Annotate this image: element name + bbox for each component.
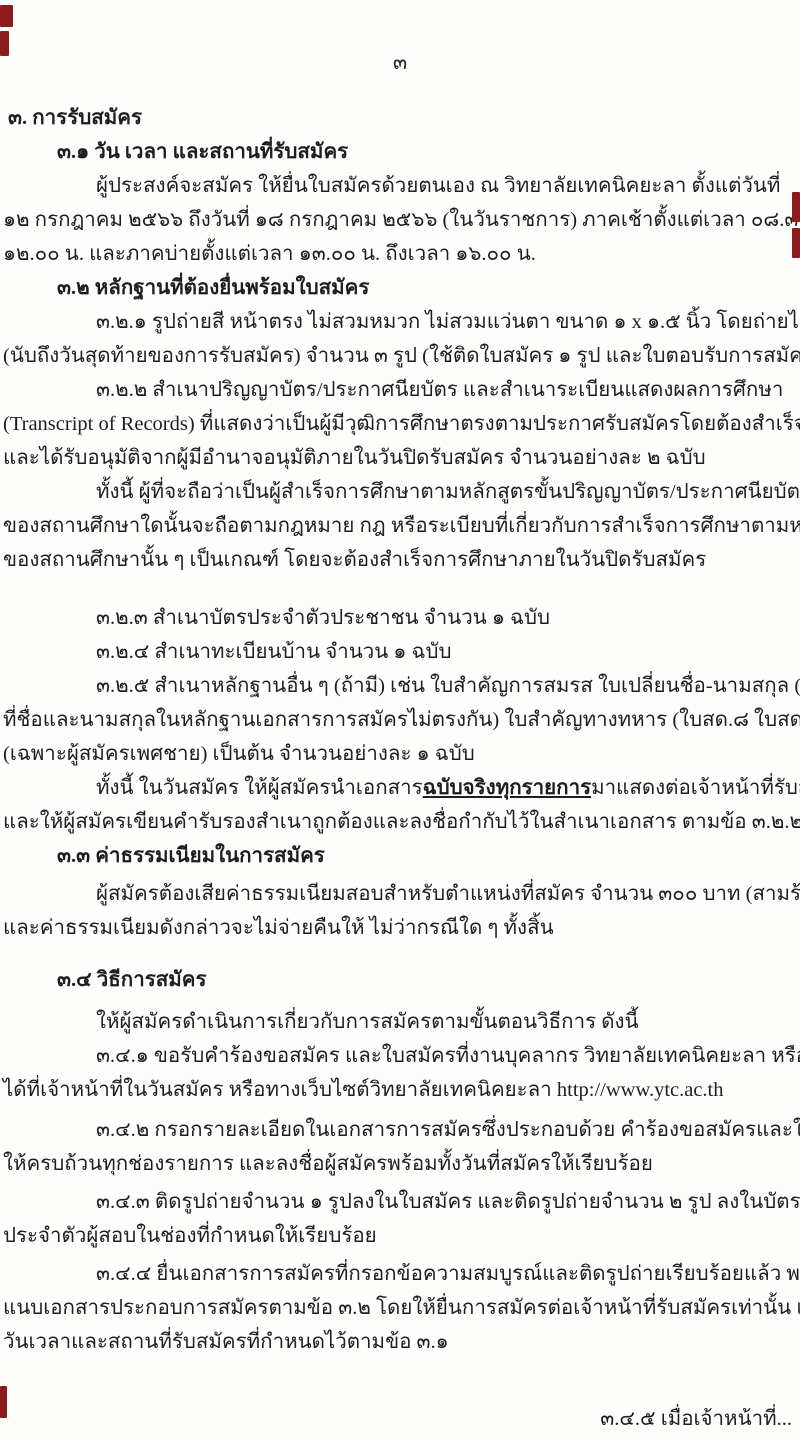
- text-segment: ๑๒ กรกฎาคม ๒๕๖๖ ถึงวันที่ ๑๘ กรกฎาคม ๒๕๖…: [3, 209, 800, 231]
- underlined-text: ฉบับจริงทุกรายการ: [423, 777, 591, 799]
- text-segment: ๓.๔.๑ ขอรับคำร้องขอสมัคร และใบสมัครที่งา…: [96, 1045, 800, 1067]
- text-line: แนบเอกสารประกอบการสมัครตามข้อ ๓.๒ โดยให้…: [0, 1291, 800, 1325]
- text-segment: ประจำตัวผู้สอบในช่องที่กำหนดให้เรียบร้อย: [3, 1225, 377, 1247]
- text-segment: ๓.๔ วิธีการสมัคร: [57, 969, 207, 991]
- text-line: ผู้ประสงค์จะสมัคร ให้ยื่นใบสมัครด้วยตนเอ…: [0, 169, 800, 203]
- text-line: และได้รับอนุมัติจากผู้มีอำนาจอนุมัติภายใ…: [0, 441, 800, 475]
- text-segment: ๓.๒ หลักฐานที่ต้องยื่นพร้อมใบสมัคร: [57, 277, 369, 299]
- text-segment: ๓. การรับสมัคร: [8, 107, 142, 129]
- text-line: ๓.๔.๑ ขอรับคำร้องขอสมัคร และใบสมัครที่งา…: [0, 1039, 800, 1073]
- text-segment: ๑๒.๐๐ น. และภาคบ่ายตั้งแต่เวลา ๑๓.๐๐ น. …: [3, 243, 536, 265]
- text-line: ๓.๒ หลักฐานที่ต้องยื่นพร้อมใบสมัคร: [0, 271, 800, 305]
- text-line: และให้ผู้สมัครเขียนคำรับรองสำเนาถูกต้องแ…: [0, 805, 800, 839]
- text-line: ๓.๒.๒ สำเนาปริญญาบัตร/ประกาศนียบัตร และส…: [0, 373, 800, 407]
- text-segment: ให้ผู้สมัครดำเนินการเกี่ยวกับการสมัครตาม…: [96, 1011, 639, 1033]
- text-line: (Transcript of Records) ที่แสดงว่าเป็นผู…: [0, 407, 800, 441]
- text-line: ๑๒.๐๐ น. และภาคบ่ายตั้งแต่เวลา ๑๓.๐๐ น. …: [0, 237, 800, 271]
- document-page: ๓ ๓. การรับสมัคร๓.๑ วัน เวลา และสถานที่ร…: [0, 0, 800, 1444]
- text-segment: ๓.๒.๔ สำเนาทะเบียนบ้าน จำนวน ๑ ฉบับ: [96, 641, 452, 663]
- text-line: ให้ผู้สมัครดำเนินการเกี่ยวกับการสมัครตาม…: [0, 1005, 800, 1039]
- text-line: ๓. การรับสมัคร: [0, 101, 800, 135]
- text-segment: ของสถานศึกษาใดนั้นจะถือตามกฎหมาย กฎ หรือ…: [3, 515, 800, 537]
- text-segment: ให้ครบถ้วนทุกช่องรายการ และลงชื่อผู้สมัค…: [3, 1153, 653, 1175]
- text-line: ๓.๔.๔ ยื่นเอกสารการสมัครที่กรอกข้อความสม…: [0, 1257, 800, 1291]
- text-line: ของสถานศึกษานั้น ๆ เป็นเกณฑ์ โดยจะต้องสำ…: [0, 543, 800, 577]
- text-line: ๓.๔ วิธีการสมัคร: [0, 963, 800, 997]
- text-segment: ทั้งนี้ ในวันสมัคร ให้ผู้สมัครนำเอกสาร: [96, 777, 423, 799]
- text-segment: วันเวลาและสถานที่รับสมัครที่กำหนดไว้ตามข…: [3, 1331, 449, 1353]
- text-line: ๓.๔.๒ กรอกรายละเอียดในเอกสารการสมัครซึ่ง…: [0, 1113, 800, 1147]
- text-line: วันเวลาและสถานที่รับสมัครที่กำหนดไว้ตามข…: [0, 1325, 800, 1359]
- text-segment: มาแสดงต่อเจ้าหน้าที่รับสมัครด้วย: [591, 777, 800, 799]
- text-segment: ของสถานศึกษานั้น ๆ เป็นเกณฑ์ โดยจะต้องสำ…: [3, 549, 706, 571]
- page-number: ๓: [0, 46, 800, 79]
- text-segment: ๓.๒.๓ สำเนาบัตรประจำตัวประชาชน จำนวน ๑ ฉ…: [96, 607, 550, 629]
- text-line: ๑๒ กรกฎาคม ๒๕๖๖ ถึงวันที่ ๑๘ กรกฎาคม ๒๕๖…: [0, 203, 800, 237]
- text-line: ให้ครบถ้วนทุกช่องรายการ และลงชื่อผู้สมัค…: [0, 1147, 800, 1181]
- text-segment: ๓.๔.๒ กรอกรายละเอียดในเอกสารการสมัครซึ่ง…: [96, 1119, 800, 1141]
- red-edge-mark: [0, 5, 13, 27]
- text-line: ๓.๔.๓ ติดรูปถ่ายจำนวน ๑ รูปลงในใบสมัคร แ…: [0, 1185, 800, 1219]
- text-line: ๓.๓ ค่าธรรมเนียมในการสมัคร: [0, 839, 800, 873]
- red-edge-mark: [792, 228, 800, 258]
- text-segment: ๓.๒.๕ สำเนาหลักฐานอื่น ๆ (ถ้ามี) เช่น ใบ…: [96, 675, 800, 697]
- text-segment: (เฉพาะผู้สมัครเพศชาย) เป็นต้น จำนวนอย่าง…: [3, 743, 475, 765]
- text-segment: แนบเอกสารประกอบการสมัครตามข้อ ๓.๒ โดยให้…: [3, 1297, 800, 1319]
- text-line: ที่ชื่อและนามสกุลในหลักฐานเอกสารการสมัคร…: [0, 703, 800, 737]
- text-line: และค่าธรรมเนียมดังกล่าวจะไม่จ่ายคืนให้ ไ…: [0, 911, 800, 945]
- text-segment: (นับถึงวันสุดท้ายของการรับสมัคร) จำนวน ๓…: [3, 345, 800, 367]
- text-line: ประจำตัวผู้สอบในช่องที่กำหนดให้เรียบร้อย: [0, 1219, 800, 1253]
- text-line: ๓.๒.๕ สำเนาหลักฐานอื่น ๆ (ถ้ามี) เช่น ใบ…: [0, 669, 800, 703]
- text-segment: ผู้สมัครต้องเสียค่าธรรมเนียมสอบสำหรับตำแ…: [96, 883, 800, 905]
- red-edge-mark: [0, 1386, 7, 1418]
- text-line: ได้ที่เจ้าหน้าที่ในวันสมัคร หรือทางเว็บไ…: [0, 1073, 800, 1107]
- text-line: ๓.๒.๓ สำเนาบัตรประจำตัวประชาชน จำนวน ๑ ฉ…: [0, 601, 800, 635]
- text-segment: ทั้งนี้ ผู้ที่จะถือว่าเป็นผู้สำเร็จการศึ…: [96, 481, 800, 503]
- text-segment: ๓.๔.๓ ติดรูปถ่ายจำนวน ๑ รูปลงในใบสมัคร แ…: [96, 1191, 800, 1213]
- text-segment: ได้ที่เจ้าหน้าที่ในวันสมัคร หรือทางเว็บไ…: [3, 1079, 724, 1101]
- text-segment: ผู้ประสงค์จะสมัคร ให้ยื่นใบสมัครด้วยตนเอ…: [96, 175, 780, 197]
- text-line: (เฉพาะผู้สมัครเพศชาย) เป็นต้น จำนวนอย่าง…: [0, 737, 800, 771]
- text-segment: ๓.๑ วัน เวลา และสถานที่รับสมัคร: [57, 141, 348, 163]
- text-line: ทั้งนี้ ผู้ที่จะถือว่าเป็นผู้สำเร็จการศึ…: [0, 475, 800, 509]
- text-segment: ๓.๓ ค่าธรรมเนียมในการสมัคร: [57, 845, 325, 867]
- text-segment: ๓.๒.๒ สำเนาปริญญาบัตร/ประกาศนียบัตร และส…: [96, 379, 783, 401]
- text-segment: ๓.๔.๔ ยื่นเอกสารการสมัครที่กรอกข้อความสม…: [96, 1263, 800, 1285]
- text-segment: ที่ชื่อและนามสกุลในหลักฐานเอกสารการสมัคร…: [3, 709, 800, 731]
- text-line: (นับถึงวันสุดท้ายของการรับสมัคร) จำนวน ๓…: [0, 339, 800, 373]
- text-segment: และได้รับอนุมัติจากผู้มีอำนาจอนุมัติภายใ…: [3, 447, 706, 469]
- text-line: ๓.๑ วัน เวลา และสถานที่รับสมัคร: [0, 135, 800, 169]
- text-segment: และค่าธรรมเนียมดังกล่าวจะไม่จ่ายคืนให้ ไ…: [3, 917, 554, 939]
- document-body: ๓. การรับสมัคร๓.๑ วัน เวลา และสถานที่รับ…: [0, 101, 800, 1359]
- text-line: ๓.๒.๔ สำเนาทะเบียนบ้าน จำนวน ๑ ฉบับ: [0, 635, 800, 669]
- catchword: ๓.๔.๕ เมื่อเจ้าหน้าที่...: [600, 1404, 792, 1434]
- text-segment: (Transcript of Records) ที่แสดงว่าเป็นผู…: [3, 413, 800, 435]
- text-line: ๓.๒.๑ รูปถ่ายสี หน้าตรง ไม่สวมหมวก ไม่สว…: [0, 305, 800, 339]
- red-edge-mark: [792, 192, 800, 222]
- text-segment: ๓.๒.๑ รูปถ่ายสี หน้าตรง ไม่สวมหมวก ไม่สว…: [96, 311, 800, 333]
- text-line: ของสถานศึกษาใดนั้นจะถือตามกฎหมาย กฎ หรือ…: [0, 509, 800, 543]
- red-edge-mark: [0, 31, 9, 56]
- text-line: ผู้สมัครต้องเสียค่าธรรมเนียมสอบสำหรับตำแ…: [0, 877, 800, 911]
- text-segment: และให้ผู้สมัครเขียนคำรับรองสำเนาถูกต้องแ…: [3, 811, 800, 833]
- text-line: ทั้งนี้ ในวันสมัคร ให้ผู้สมัครนำเอกสารฉบ…: [0, 771, 800, 805]
